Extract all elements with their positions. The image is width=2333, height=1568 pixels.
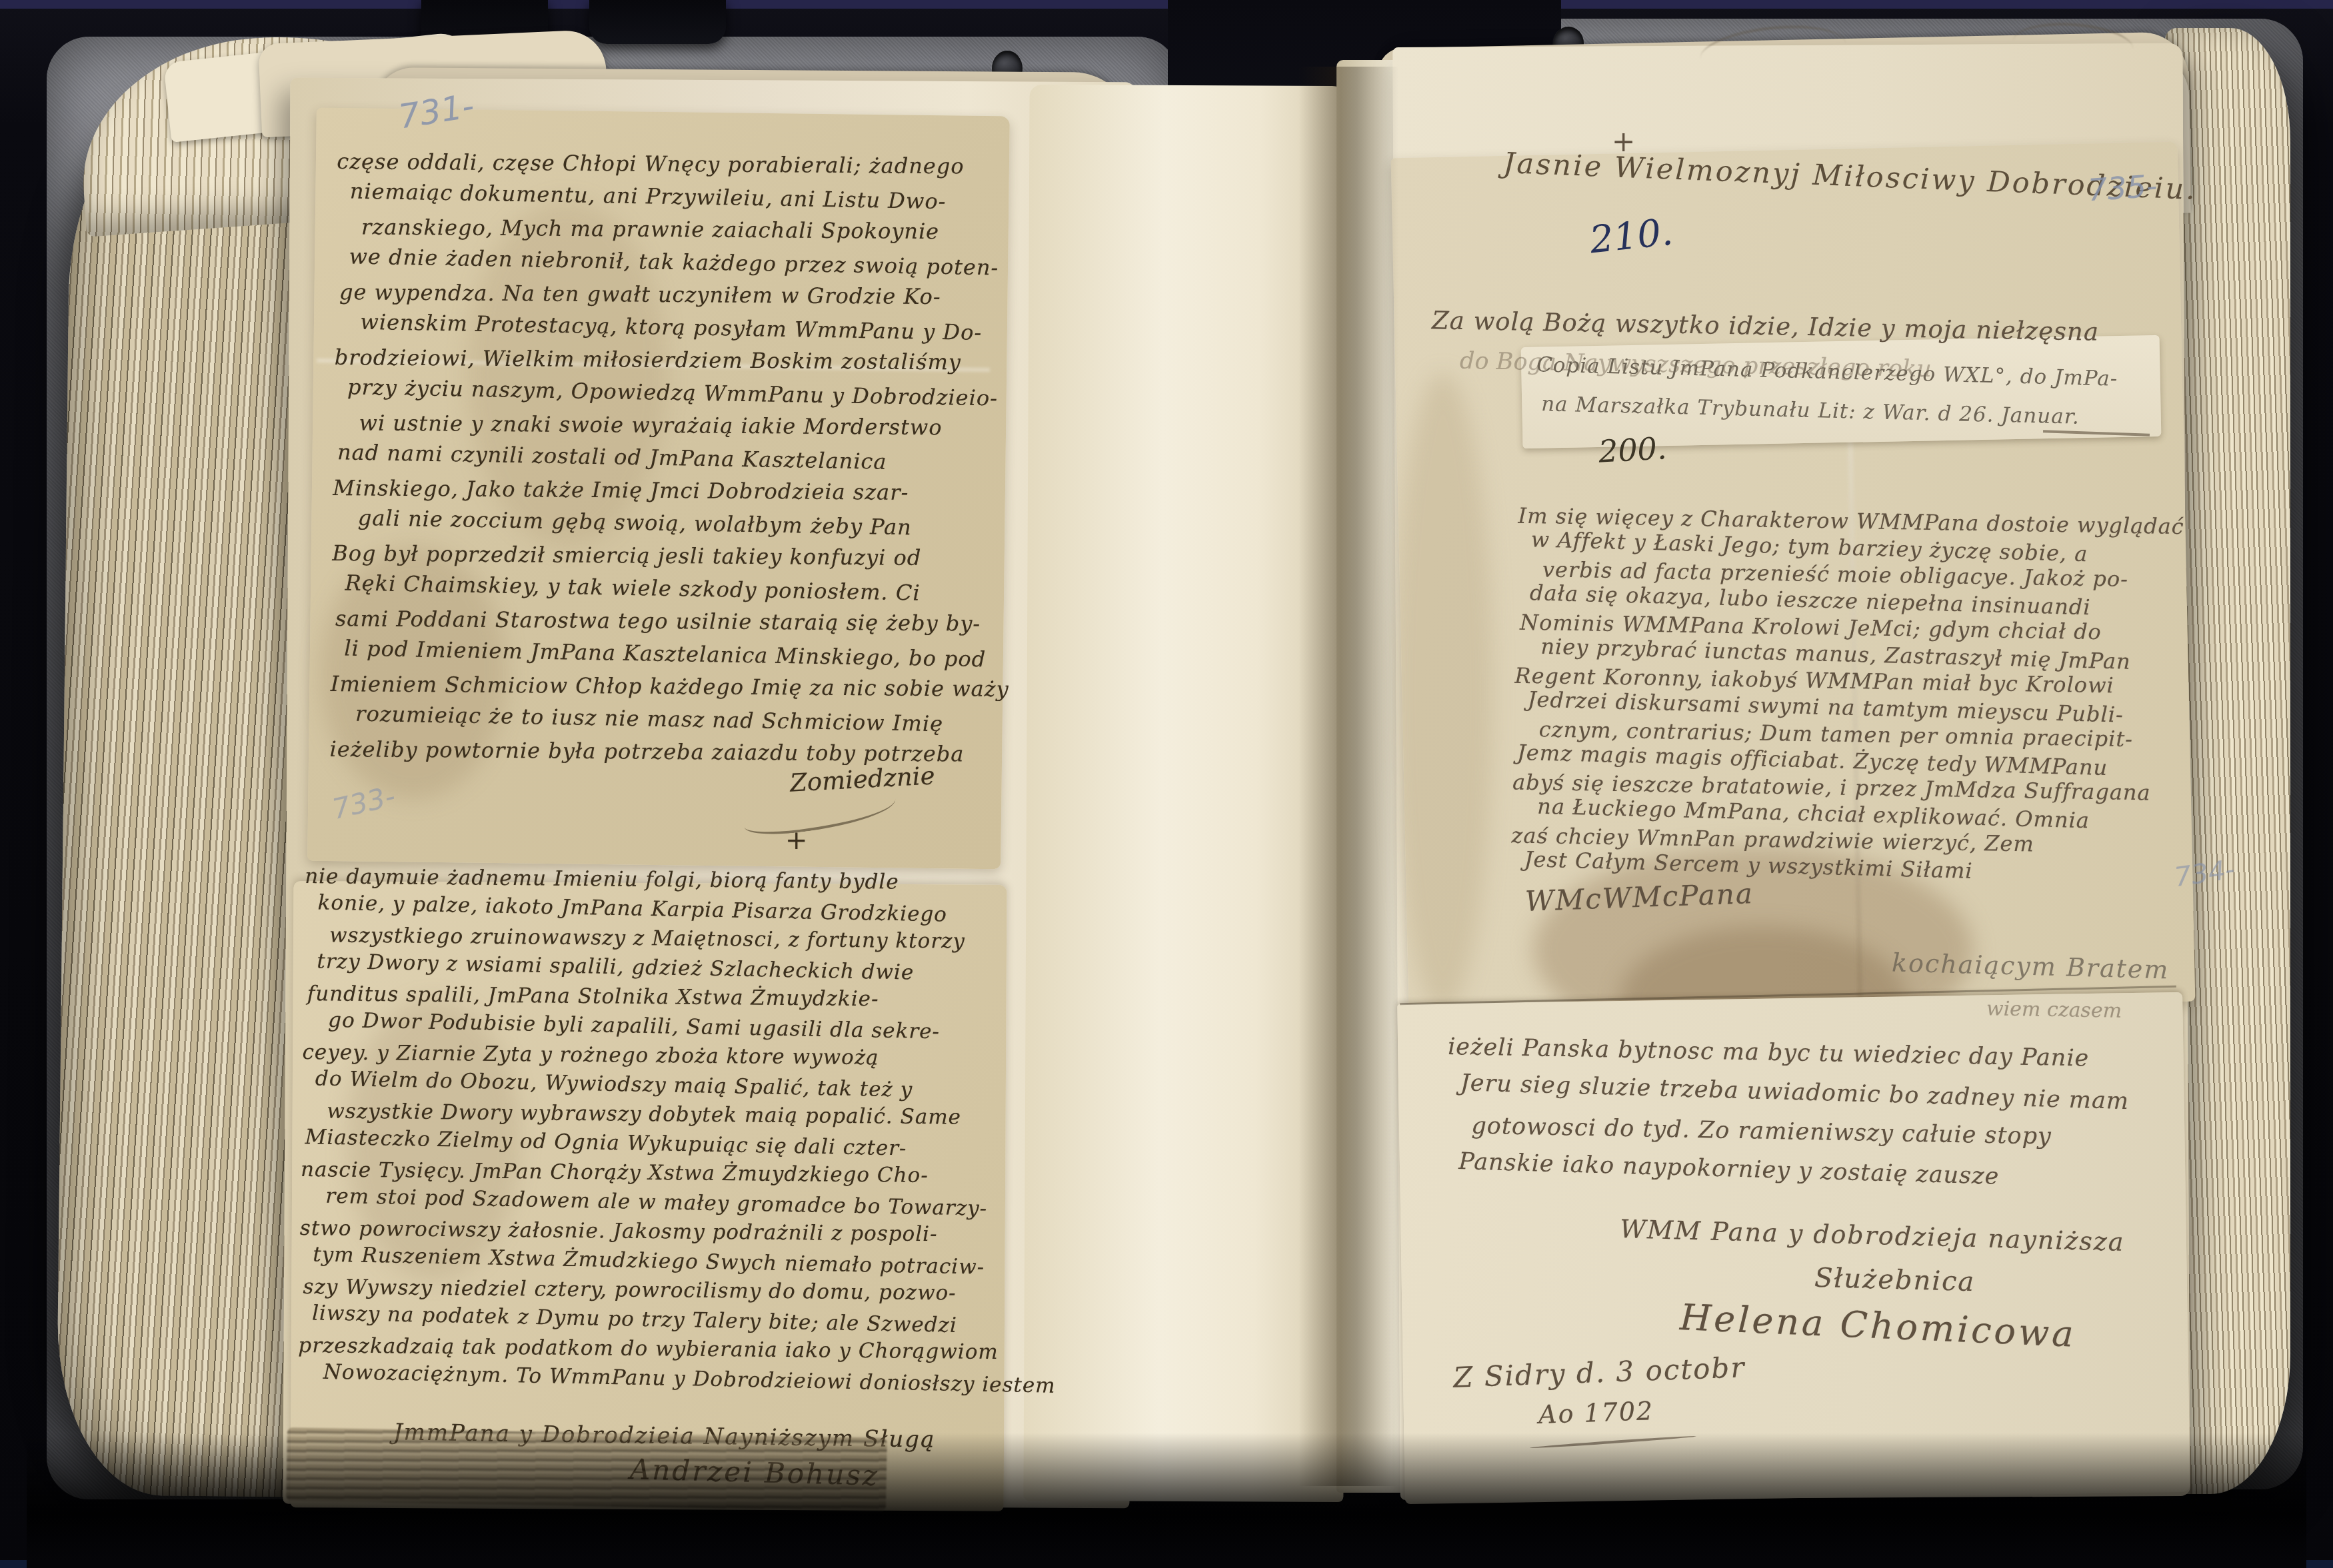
- clamp-tab-right: [589, 0, 726, 44]
- index-number-200: 200.: [1598, 430, 1668, 469]
- water-stain: [1393, 373, 1493, 1013]
- fragment-closing-2: Służebnica: [1814, 1263, 1975, 1297]
- fragment-partial-line: wiem czasem: [1986, 997, 2122, 1023]
- cross-mark: +: [785, 825, 808, 856]
- manuscript-photo: 731- częse oddali, częse Chłopi Wnęcy po…: [0, 0, 2333, 1568]
- pencil-page-number: 735-: [2086, 167, 2158, 208]
- left-letter2-text: nie daymuie żadnemu Imieniu folgi, biorą…: [298, 860, 992, 1397]
- right-fragment-text: ieżeli Panska bytnosc ma byc tu wiedziec…: [1444, 1026, 2181, 1200]
- right-letter-text: Im się więcey z Charakterow WMMPana dost…: [1510, 500, 2192, 888]
- bottom-shadow: [27, 1433, 2306, 1568]
- dateline-year: Ao 1702: [1538, 1396, 1654, 1429]
- index-number-210: 210.: [1588, 211, 1675, 263]
- left-letter1-text: częse oddali, częse Chłopi Wnęcy porabie…: [329, 144, 1003, 772]
- top-edge-tint: [0, 0, 2333, 9]
- gutter-shadow: [1298, 67, 1398, 1486]
